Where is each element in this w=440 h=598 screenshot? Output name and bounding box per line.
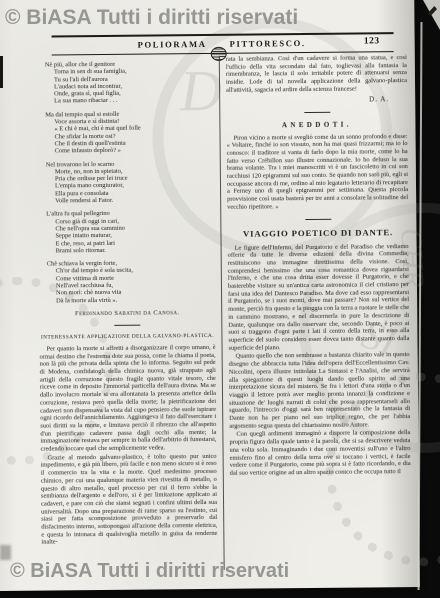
aneddoti-heading: ANEDDOTI. <box>226 120 407 130</box>
right-column: rata la sembianza. Così d'un cadavere si… <box>226 54 412 572</box>
poem-stanza: L'altra fu qual pellegrino Corso già di … <box>46 209 214 254</box>
article-paragraph: Grazie al metodo galvano-plastico, è tol… <box>41 453 218 547</box>
journal-title-left: POLIORAMA <box>138 39 207 50</box>
viaggio-heading: VIAGGIO POETICO DI DANTE. <box>227 227 408 239</box>
copyright-watermark-top: © BiASA Tutti i diritti riservati <box>5 6 298 30</box>
article-body: Per quanto la morte si affretti a disorg… <box>40 344 218 547</box>
article-paragraph: Per quanto la morte si affretti a disorg… <box>40 344 217 454</box>
poem-stanza: Nel trovarono lei lo scarno Morte, no, n… <box>46 159 214 204</box>
scan-edge-sliver <box>0 56 3 88</box>
author-initials: D. A. <box>226 95 407 105</box>
left-column: Nè più, allor che il genitore Torna in s… <box>37 60 218 574</box>
aneddoti-paragraph: Piron vicino a morte si svegliò come da … <box>227 133 409 212</box>
scan-edge-streak <box>418 22 423 590</box>
poem: Nè più, allor che il genitore Torna in s… <box>37 60 215 305</box>
scan-edge-smudge <box>0 545 11 560</box>
viaggio-paragraph: Con quegli ardimenti immaginò a disporre… <box>229 429 410 477</box>
section-divider <box>305 218 331 219</box>
page-number: 123 <box>364 36 380 46</box>
section-divider <box>114 325 140 326</box>
journal-page: D CHR SI POLIORAMA PITTORESCO. 123 Nè pi… <box>0 0 420 591</box>
continuation-paragraph: rata la sembianza. Così d'un cadavere si… <box>226 54 407 94</box>
article-heading: INTERESSANTE APPLICAZIONE DELLA GALVANO-… <box>39 333 215 341</box>
scanned-page-photo: D CHR SI POLIORAMA PITTORESCO. 123 Nè pi… <box>0 0 440 598</box>
journal-title-right: PITTORESCO. <box>230 38 306 49</box>
column-divider-rule <box>219 56 225 570</box>
copyright-watermark-bottom: © BiASA Tutti i diritti riservati <box>10 560 289 583</box>
section-divider <box>304 111 330 112</box>
poem-stanza: Nè più, allor che il genitore Torna in s… <box>45 60 213 105</box>
poem-stanza: Ma dal tempio qual si estolle Voce assor… <box>45 110 213 155</box>
poem-stanza: Chè schiava la vergin forte, Ch'or dal t… <box>47 259 215 304</box>
viaggio-paragraph: Le figure dell'Inferno, del Purgatorio e… <box>228 243 410 353</box>
poem-author: Ferdinando Sabatini da Canosa. <box>39 309 215 318</box>
viaggio-paragraph: Quanto quello che non sembrasse a bastan… <box>229 351 411 430</box>
